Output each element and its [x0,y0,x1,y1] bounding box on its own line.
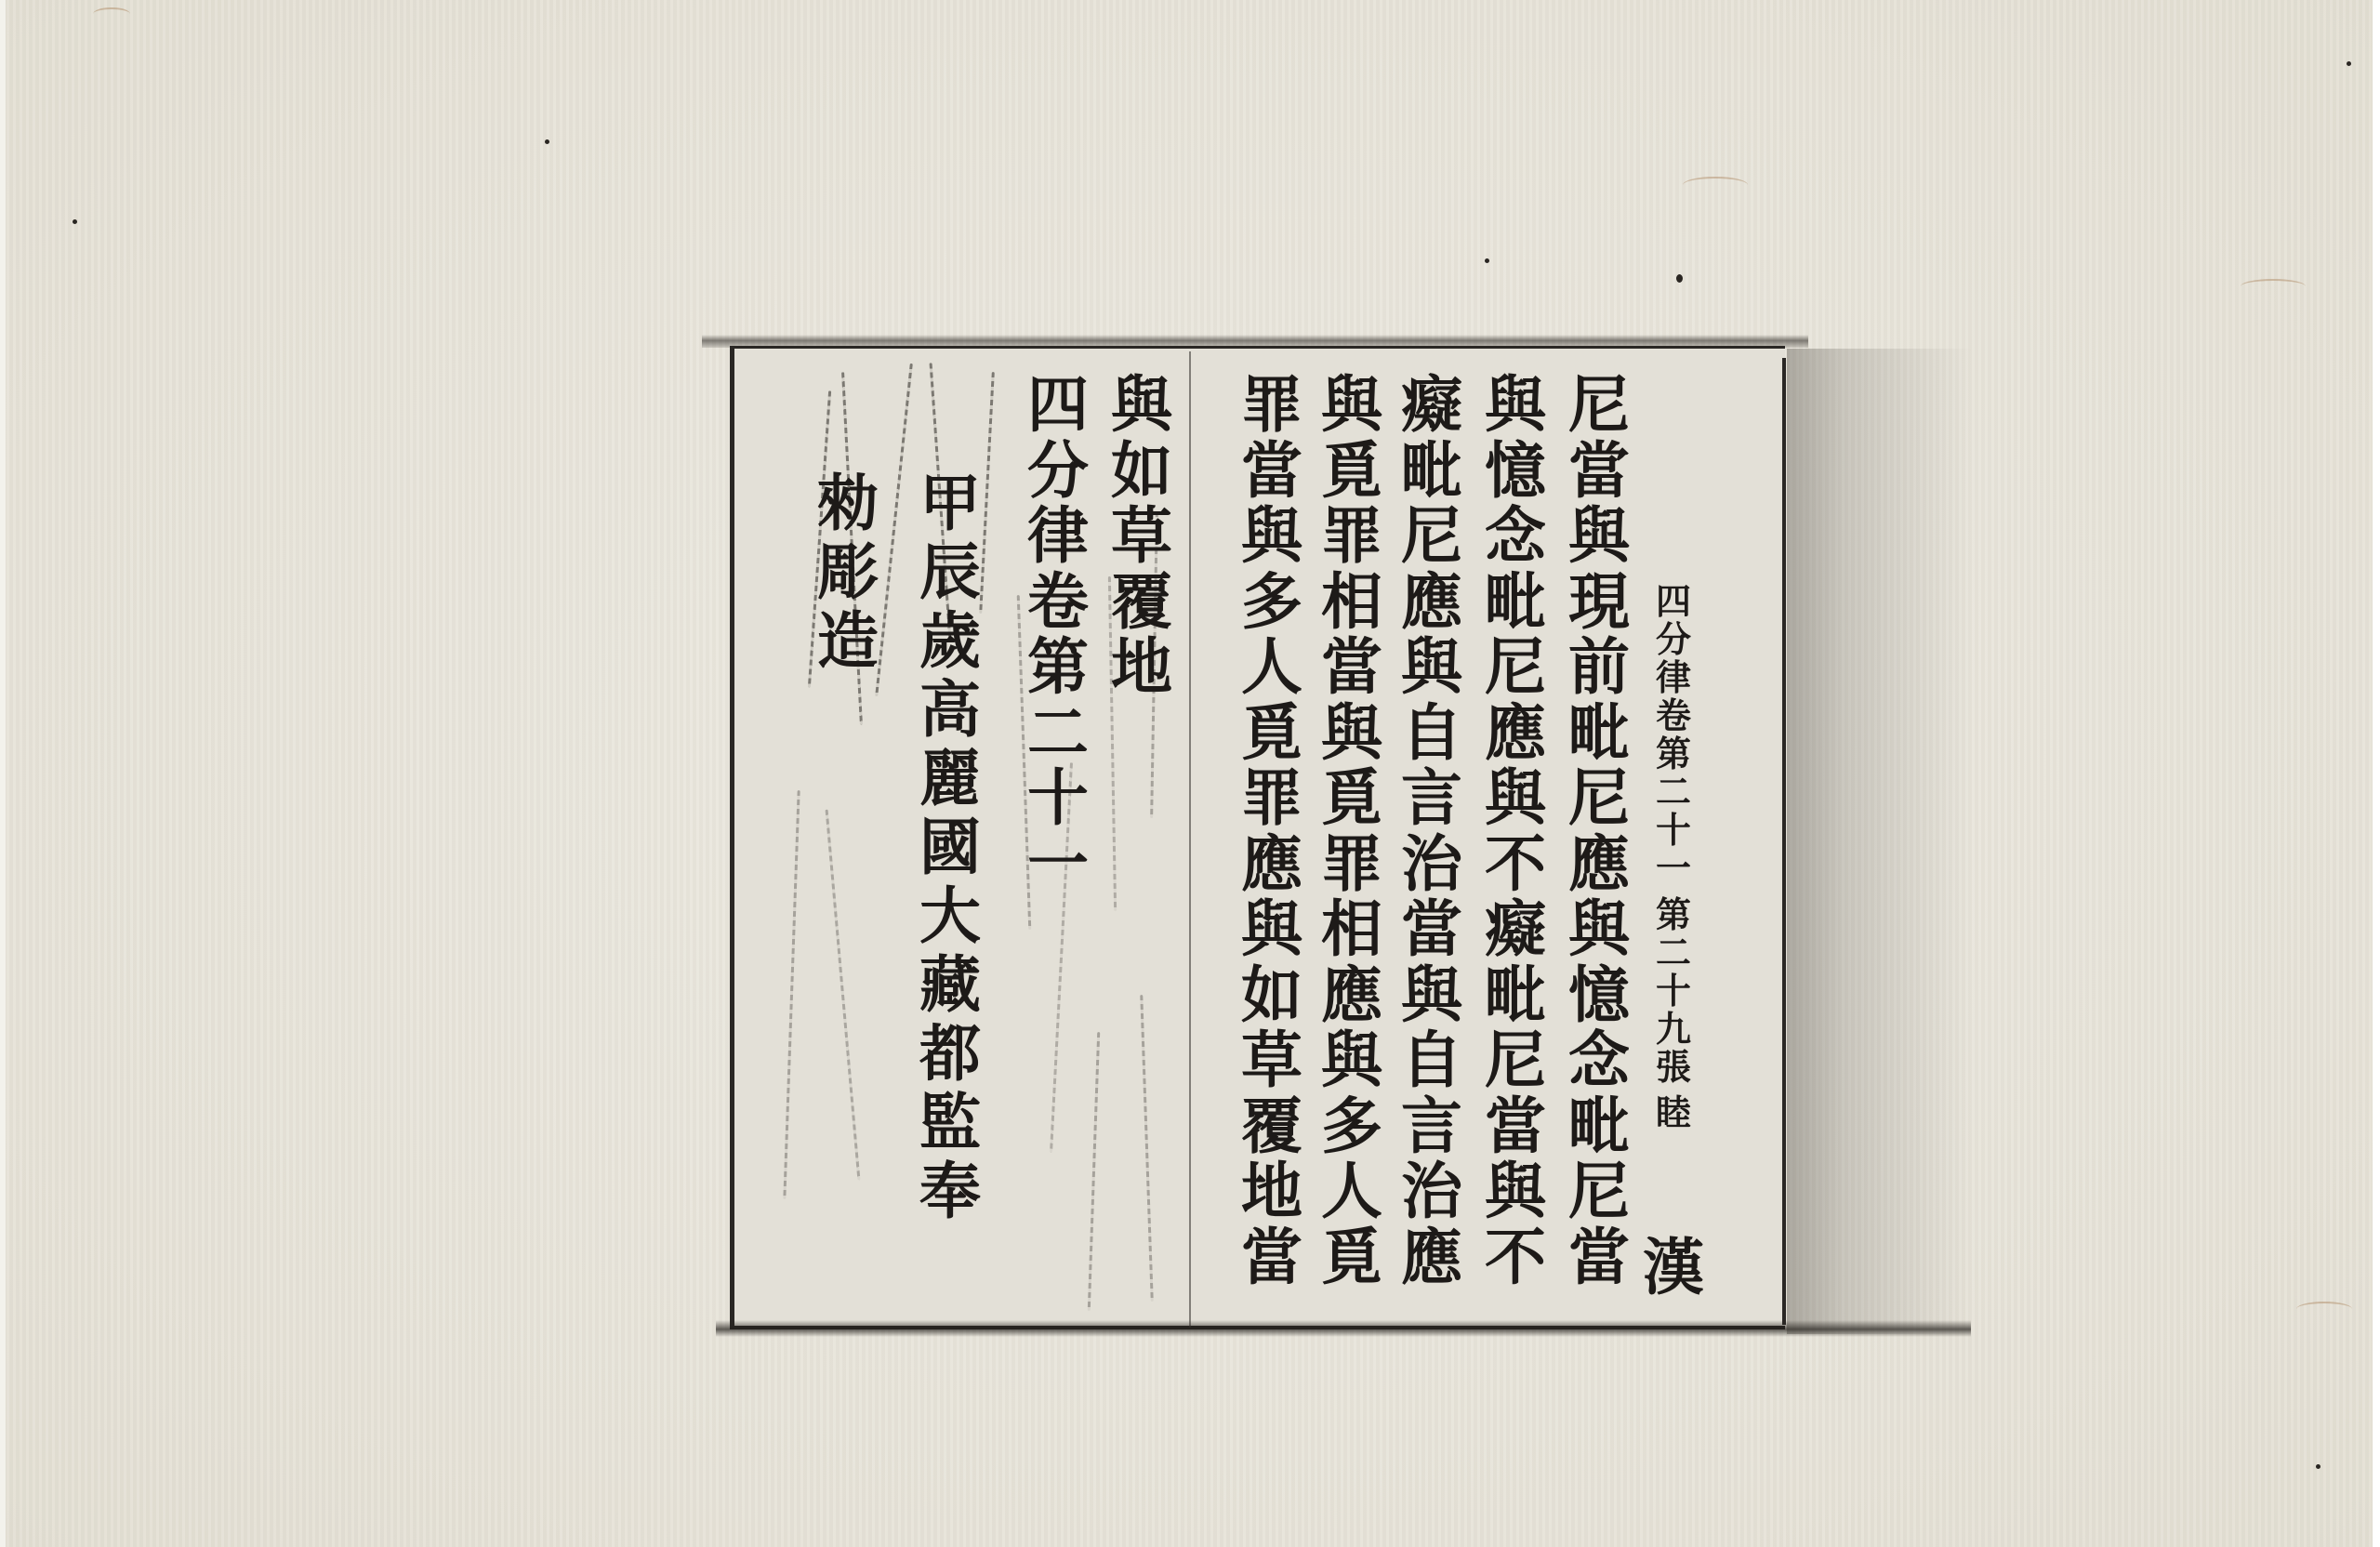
glyph: 分 [1027,440,1089,506]
glyph: 多 [1241,571,1302,637]
glyph: 國 [919,816,981,885]
paper-fiber [2241,279,2306,294]
glyph: 覆 [1111,571,1172,637]
glyph: 地 [1241,1160,1302,1226]
glyph: 二 [1027,702,1089,768]
glyph: 草 [1241,1029,1302,1095]
glyph: 覓 [1241,702,1302,768]
glyph: 當 [1401,898,1462,964]
glyph: 尼 [1485,1029,1546,1095]
column-divider-line [1189,351,1191,1328]
glyph: 與 [1485,374,1546,440]
glyph: 尼 [1401,505,1462,571]
glyph: 毗 [1568,702,1630,768]
glyph: 癡 [1485,898,1546,964]
glyph: 麗 [919,747,981,816]
text-column-4: 與覓罪相當與覓罪相應與多人覓 [1315,374,1389,1291]
glyph: 尼 [1568,767,1630,833]
glyph: 當 [1568,1226,1630,1292]
paper-speck [2316,1464,2320,1469]
glyph: 應 [1401,571,1462,637]
glyph: 第 [1656,897,1691,935]
paper-speck [73,219,77,224]
glyph: 如 [1241,964,1302,1030]
margin-rule-line [1782,358,1786,1325]
paper-fiber [93,7,130,20]
glyph: 與 [1241,505,1302,571]
glyph: 當 [1568,440,1630,506]
glyph: 分 [1656,622,1691,660]
glyph: 自 [1401,1029,1462,1095]
glyph: 地 [1111,636,1172,702]
glyph: 四 [1027,374,1089,440]
glyph: 張 [1656,1050,1691,1088]
glyph: 藏 [919,954,981,1023]
glyph: 尼 [1568,374,1630,440]
paper-speck [1676,274,1683,283]
glyph: 彫 [817,541,879,610]
glyph: 二 [1656,935,1691,973]
paper-speck [545,139,549,144]
glyph: 應 [1241,833,1302,899]
glyph: 前 [1568,636,1630,702]
glyph: 律 [1656,660,1691,698]
glyph: 卷 [1656,698,1691,736]
text-column-1: 尼當與現前毗尼應與憶念毗尼當 [1562,374,1636,1291]
colophon-line-1: 甲辰歲高麗國大藏都監奉 [913,472,987,1229]
glyph: 二 [1656,774,1691,813]
glyph: 應 [1321,964,1382,1030]
glyph: 一 [1027,833,1089,899]
text-column-3: 癡毗尼應與自言治當與自言治應 [1395,374,1469,1291]
glyph: 草 [1111,505,1172,571]
glyph: 與 [1401,964,1462,1030]
glyph: 覆 [1241,1095,1302,1161]
glyph: 當 [1321,636,1382,702]
glyph: 睦 [1656,1095,1691,1133]
glyph: 罪 [1321,833,1382,899]
glyph: 九 [1656,1011,1691,1050]
glyph: 人 [1241,636,1302,702]
text-column-2: 與憶念毗尼應與不癡毗尼當與不 [1478,374,1553,1291]
glyph: 憶 [1485,440,1546,506]
paper-speck [2347,61,2351,66]
right-edge [2373,0,2380,1547]
glyph: 監 [919,1091,981,1160]
glyph: 罪 [1321,505,1382,571]
glyph: 奉 [919,1160,981,1229]
glyph: 一 [1656,851,1691,889]
margin-title: 四分律卷第二十一 [1646,584,1701,889]
glyph: 第 [1027,636,1089,702]
glyph: 毗 [1485,571,1546,637]
left-edge [0,0,6,1547]
glyph: 當 [1485,1095,1546,1161]
glyph: 應 [1568,833,1630,899]
paper-fiber [2296,1302,2352,1316]
glyph: 四 [1656,584,1691,622]
glyph: 歲 [919,610,981,679]
glyph: 卷 [1027,571,1089,637]
glyph: 言 [1401,1095,1462,1161]
glyph: 念 [1485,505,1546,571]
glyph: 與 [1568,898,1630,964]
glyph: 尼 [1485,636,1546,702]
glyph: 辰 [919,541,981,610]
glyph: 人 [1321,1160,1382,1226]
glyph: 尼 [1568,1160,1630,1226]
glyph: 與 [1485,767,1546,833]
glyph: 罪 [1241,767,1302,833]
margin-mark: 睦 [1646,1095,1701,1133]
glyph: 與 [1485,1160,1546,1226]
glyph: 憶 [1568,964,1630,1030]
glyph: 不 [1485,1226,1546,1292]
glyph: 十 [1027,767,1089,833]
glyph: 相 [1321,571,1382,637]
glyph: 與 [1321,1029,1382,1095]
glyph: 當 [1241,440,1302,506]
glyph: 念 [1568,1029,1630,1095]
glyph: 與 [1568,505,1630,571]
glyph: 癡 [1401,374,1462,440]
glyph: 多 [1321,1095,1382,1161]
glyph: 高 [919,679,981,747]
glyph: 自 [1401,702,1462,768]
glyph: 與 [1321,702,1382,768]
glyph: 不 [1485,833,1546,899]
glyph: 與 [1401,636,1462,702]
glyph: 當 [1241,1226,1302,1292]
text-column-5: 罪當與多人覓罪應與如草覆地當 [1235,374,1309,1291]
glyph: 罪 [1241,374,1302,440]
paper-fiber [1683,177,1748,193]
glyph: 現 [1568,571,1630,637]
glyph: 應 [1401,1226,1462,1292]
glyph: 毗 [1485,964,1546,1030]
text-column-6: 與如草覆地 [1104,374,1179,702]
glyph: 十 [1656,973,1691,1011]
glyph: 覓 [1321,767,1382,833]
glyph: 毗 [1401,440,1462,506]
glyph: 第 [1656,736,1691,774]
margin-sheet-number: 第二十九張 [1646,897,1701,1088]
paper-speck [1485,258,1489,263]
glyph: 甲 [919,472,981,541]
glyph: 造 [817,610,879,679]
glyph: 治 [1401,1160,1462,1226]
text-column-7-volume-title: 四分律卷第二十一 [1021,374,1095,898]
carver-name: 漢 [1646,1236,1701,1302]
colophon-line-2: 勑彫造 [811,472,885,679]
glyph: 十 [1656,813,1691,851]
glyph: 如 [1111,440,1172,506]
glyph: 大 [919,885,981,954]
glyph: 漢 [1643,1236,1704,1302]
glyph: 都 [919,1023,981,1091]
glyph: 律 [1027,505,1089,571]
glyph: 覓 [1321,440,1382,506]
glyph: 應 [1485,702,1546,768]
glyph: 覓 [1321,1226,1382,1292]
block-shadow-right [1787,349,1973,1334]
glyph: 與 [1241,898,1302,964]
glyph: 與 [1321,374,1382,440]
glyph: 相 [1321,898,1382,964]
glyph: 治 [1401,833,1462,899]
glyph: 勑 [817,472,879,541]
glyph: 與 [1111,374,1172,440]
glyph: 言 [1401,767,1462,833]
glyph: 毗 [1568,1095,1630,1161]
